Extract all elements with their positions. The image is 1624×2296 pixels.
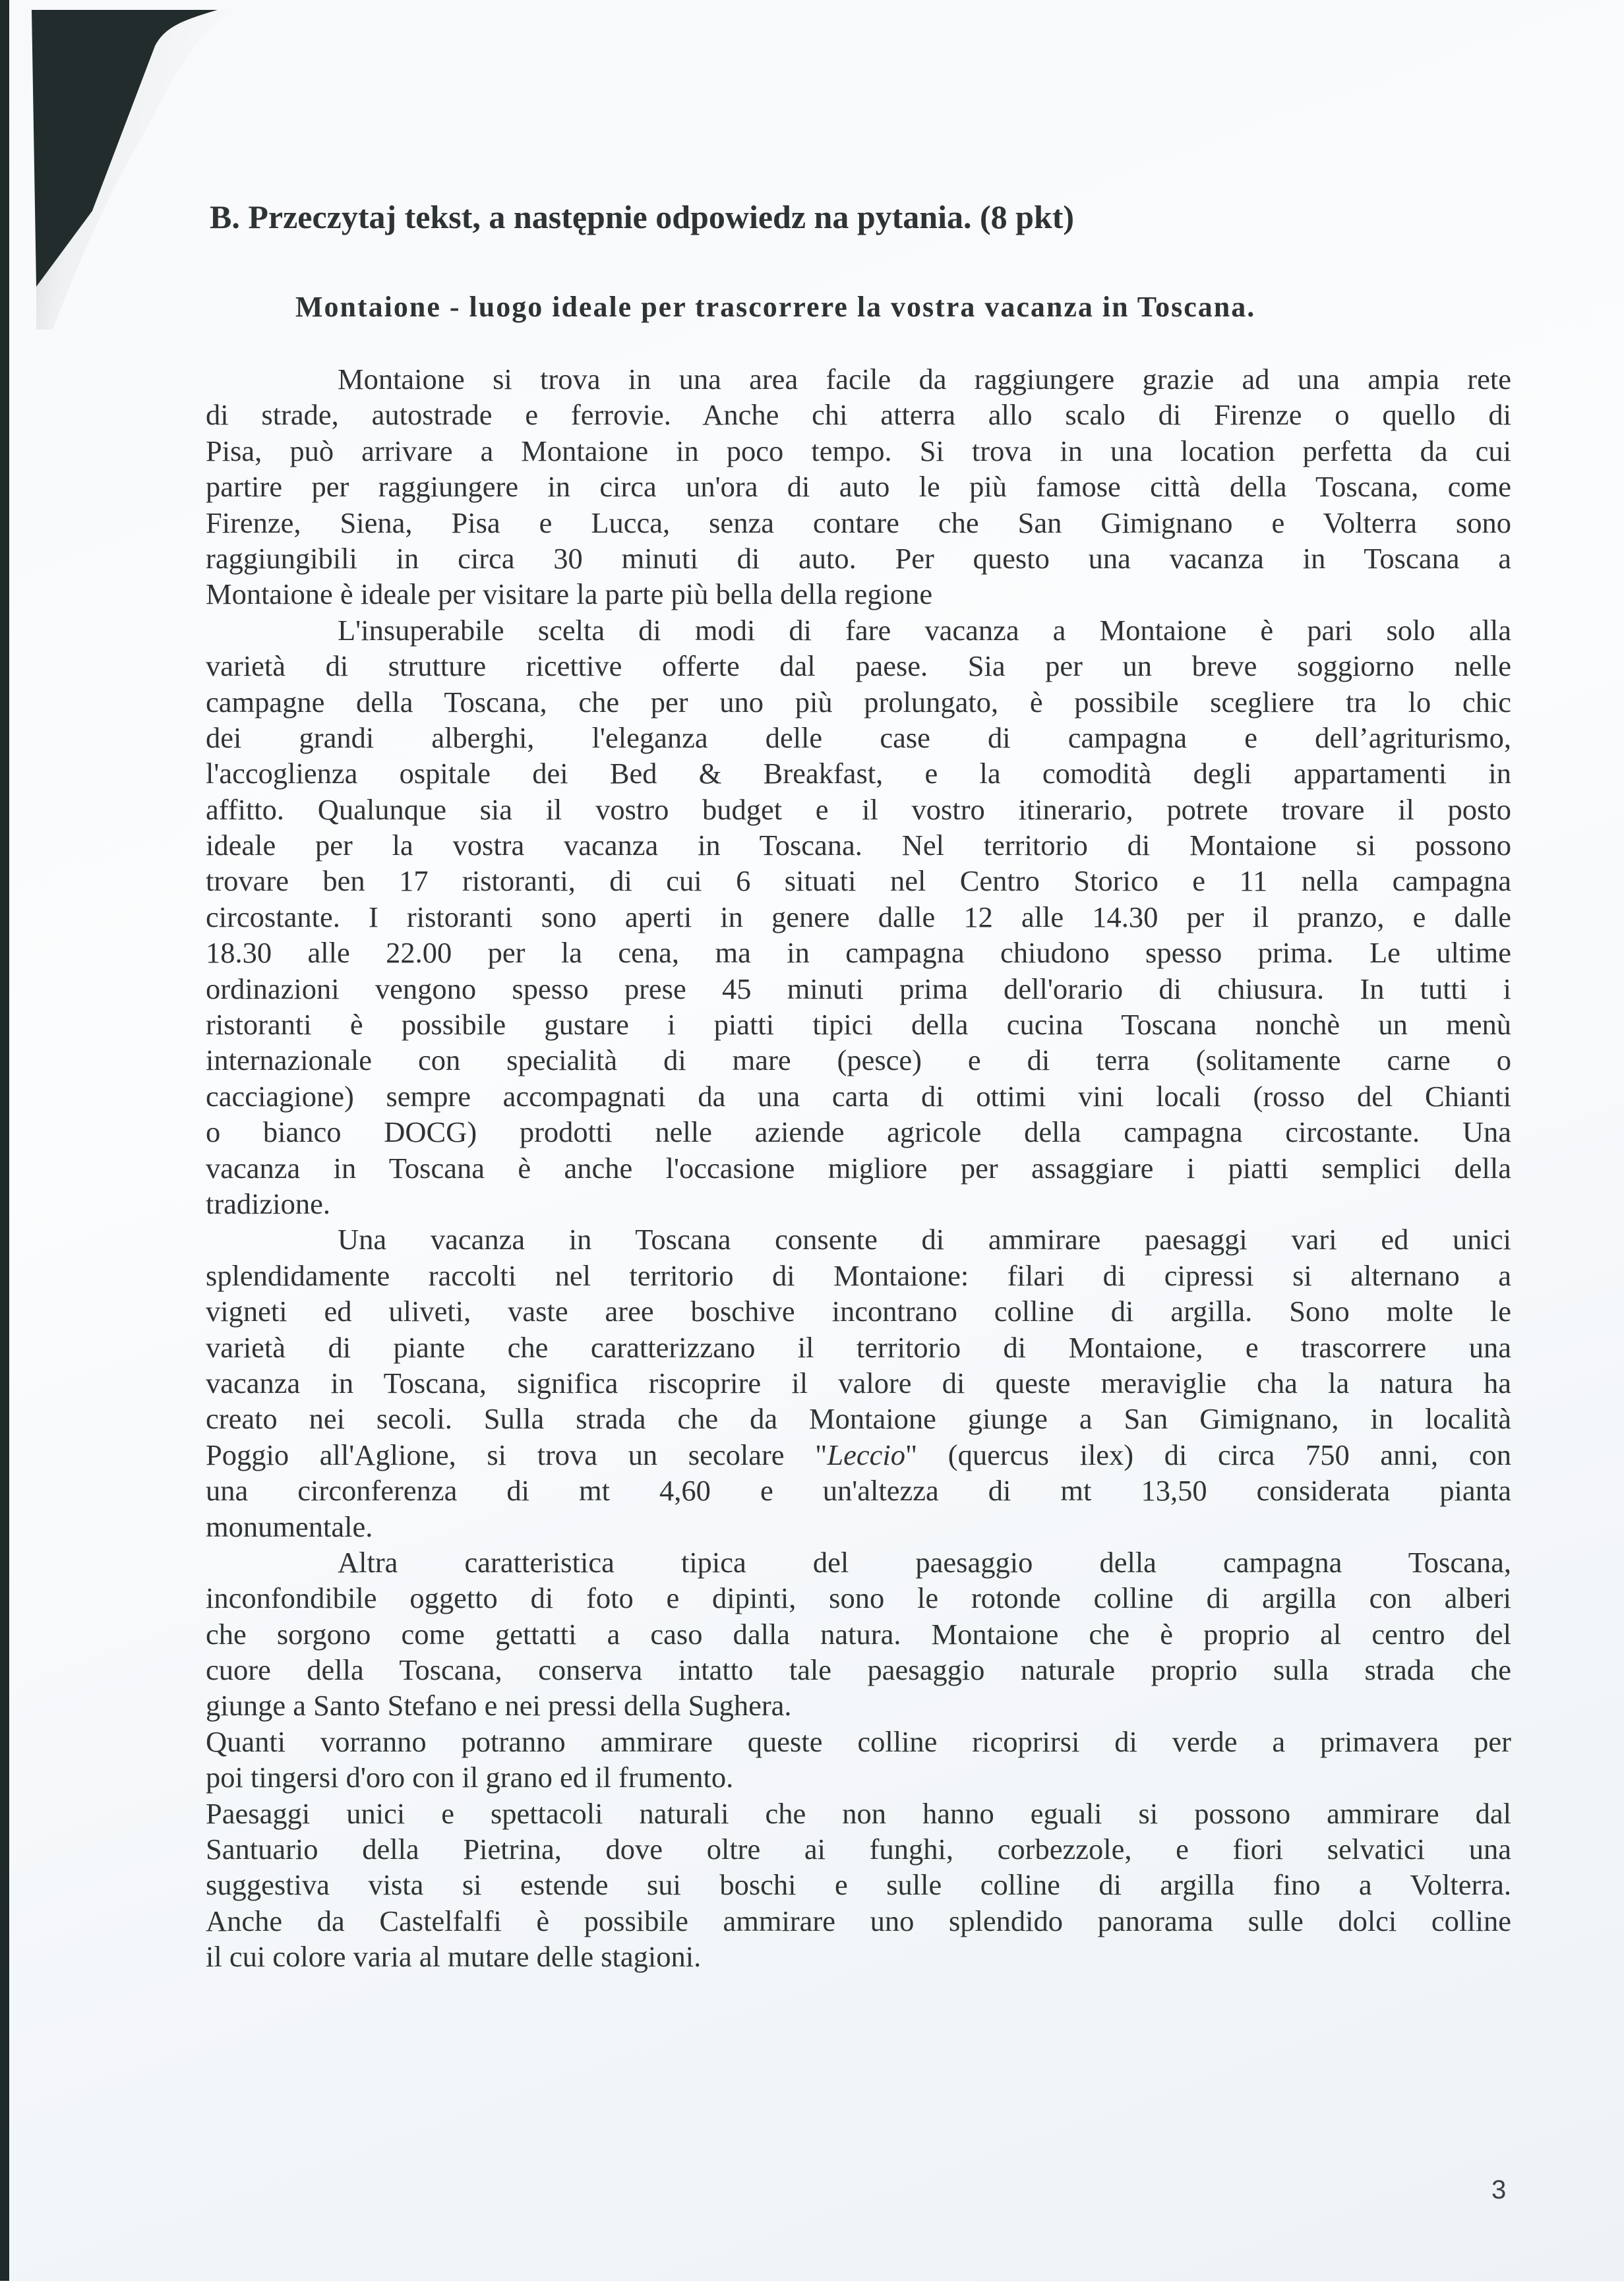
reading-text: Montaione si trova in una area facile da… (206, 361, 1511, 1975)
text-line: suggestiva vista si estende sui boschi e… (206, 1867, 1511, 1902)
paragraph: Montaione si trova in una area facile da… (206, 361, 1511, 612)
page-curl-corner (13, 0, 251, 330)
paragraph: Paesaggi unici e spettacoli naturali che… (206, 1796, 1511, 1975)
text-line: cacciagione) sempre accompagnati da una … (206, 1078, 1511, 1114)
text-line: vacanza in Toscana è anche l'occasione m… (206, 1150, 1511, 1186)
scan-edge-shadow (0, 0, 9, 2281)
exercise-title: B. Przeczytaj tekst, a następnie odpowie… (210, 198, 1074, 236)
text-line: varietà di piante che caratterizzano il … (206, 1330, 1511, 1365)
text-line: vacanza in Toscana, significa riscoprire… (206, 1365, 1511, 1401)
text-subtitle: Montaione - luogo ideale per trascorrere… (295, 290, 1255, 324)
text-line: inconfondibile oggetto di foto e dipinti… (206, 1580, 1511, 1616)
text-line: affitto. Qualunque sia il vostro budget … (206, 792, 1511, 827)
text-line: L'insuperabile scelta di modi di fare va… (206, 612, 1511, 648)
text-line: ristoranti è possibile gustare i piatti … (206, 1007, 1511, 1042)
paragraph: L'insuperabile scelta di modi di fare va… (206, 612, 1511, 1222)
text-line: Montaione è ideale per visitare la parte… (206, 576, 1511, 612)
text-line: Firenze, Siena, Pisa e Lucca, senza cont… (206, 505, 1511, 541)
text-line: giunge a Santo Stefano e nei pressi dell… (206, 1688, 1511, 1723)
text-line: una circonferenza di mt 4,60 e un'altezz… (206, 1473, 1511, 1508)
text-line: 18.30 alle 22.00 per la cena, ma in camp… (206, 935, 1511, 970)
text-line: Paesaggi unici e spettacoli naturali che… (206, 1796, 1511, 1831)
text-line: l'accoglienza ospitale dei Bed & Breakfa… (206, 755, 1511, 791)
paragraph: Quanti vorranno potranno ammirare queste… (206, 1724, 1511, 1796)
text-line: partire per raggiungere in circa un'ora … (206, 469, 1511, 504)
text-line: cuore della Toscana, conserva intatto ta… (206, 1652, 1511, 1688)
text-line: Altra caratteristica tipica del paesaggi… (206, 1545, 1511, 1580)
text-line: Anche da Castelfalfi è possibile ammirar… (206, 1903, 1511, 1939)
scan-bottom-margin (0, 2281, 1624, 2296)
text-line: splendidamente raccolti nel territorio d… (206, 1258, 1511, 1293)
text-line: poi tingersi d'oro con il grano ed il fr… (206, 1759, 1511, 1795)
text-line: Montaione si trova in una area facile da… (206, 361, 1511, 397)
text-line: che sorgono come gettatti a caso dalla n… (206, 1616, 1511, 1652)
text-line: internazionale con specialità di mare (p… (206, 1042, 1511, 1078)
text-line: ordinazioni vengono spesso prese 45 minu… (206, 971, 1511, 1007)
paragraph: Una vacanza in Toscana consente di ammir… (206, 1222, 1511, 1545)
text-line: varietà di strutture ricettive offerte d… (206, 648, 1511, 684)
text-line: Pisa, può arrivare a Montaione in poco t… (206, 433, 1511, 469)
text-line: Quanti vorranno potranno ammirare queste… (206, 1724, 1511, 1759)
text-line: trovare ben 17 ristoranti, di cui 6 situ… (206, 863, 1511, 898)
text-line: ideale per la vostra vacanza in Toscana.… (206, 827, 1511, 863)
text-line: Una vacanza in Toscana consente di ammir… (206, 1222, 1511, 1257)
text-line: circostante. I ristoranti sono aperti in… (206, 899, 1511, 935)
text-line: tradizione. (206, 1186, 1511, 1222)
text-line: raggiungibili in circa 30 minuti di auto… (206, 541, 1511, 576)
text-line: Poggio all'Aglione, si trova un secolare… (206, 1437, 1511, 1473)
page-number: 3 (1491, 2175, 1506, 2205)
text-line: monumentale. (206, 1509, 1511, 1545)
text-line: Santuario della Pietrina, dove oltre ai … (206, 1831, 1511, 1867)
paragraph: Altra caratteristica tipica del paesaggi… (206, 1545, 1511, 1724)
text-line: vigneti ed uliveti, vaste aree boschive … (206, 1293, 1511, 1329)
text-line: creato nei secoli. Sulla strada che da M… (206, 1401, 1511, 1436)
text-line: campagne della Toscana, che per uno più … (206, 684, 1511, 720)
scanned-page: B. Przeczytaj tekst, a następnie odpowie… (0, 0, 1624, 2296)
text-line: o bianco DOCG) prodotti nelle aziende ag… (206, 1114, 1511, 1150)
text-line: di strade, autostrade e ferrovie. Anche … (206, 397, 1511, 432)
text-line: il cui colore varia al mutare delle stag… (206, 1939, 1511, 1974)
text-line: dei grandi alberghi, l'eleganza delle ca… (206, 720, 1511, 755)
